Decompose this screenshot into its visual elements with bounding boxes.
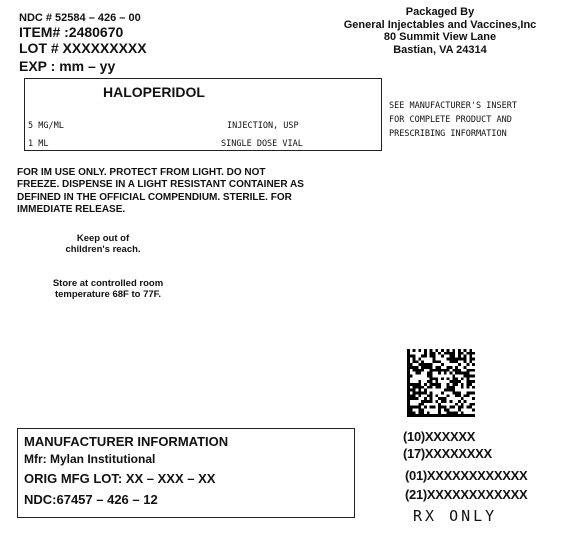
- packager-street: 80 Summit View Lane: [320, 31, 560, 44]
- keep-out-line: children's reach.: [48, 244, 158, 255]
- warning-line: IMMEDIATE RELEASE.: [17, 204, 304, 216]
- original-mfg-lot: ORIG MFG LOT: XX – XXX – XX: [24, 471, 215, 486]
- warning-line: FOR IM USE ONLY. PROTECT FROM LIGHT. DO …: [17, 167, 304, 179]
- drug-strength: 5 MG/ML: [28, 121, 64, 131]
- usage-warning: FOR IM USE ONLY. PROTECT FROM LIGHT. DO …: [17, 167, 304, 217]
- manufacturer-box: MANUFACTURER INFORMATION Mfr: Mylan Inst…: [17, 428, 355, 518]
- storage-instructions: Store at controlled room temperature 68F…: [38, 278, 178, 300]
- warning-line: FREEZE. DISPENSE IN A LIGHT RESISTANT CO…: [17, 179, 304, 191]
- rx-only-label: RX ONLY: [413, 507, 497, 525]
- gs1-gtin-field: (01)XXXXXXXXXXXX: [405, 468, 527, 483]
- gs1-lot-field: (10)XXXXXX: [403, 429, 475, 444]
- fill-volume: 1 ML: [28, 139, 48, 149]
- product-box: HALOPERIDOL 5 MG/ML INJECTION, USP 1 ML …: [24, 78, 382, 151]
- gs1-serial-field: (21)XXXXXXXXXXXX: [405, 487, 527, 502]
- packager-heading: Packaged By: [320, 6, 560, 19]
- packager-city: Bastian, VA 24314: [320, 44, 560, 57]
- insert-note-line: PRESCRIBING INFORMATION: [389, 127, 517, 141]
- packager-info: Packaged By General Injectables and Vacc…: [320, 6, 560, 56]
- storage-line: Store at controlled room: [38, 278, 178, 289]
- storage-line: temperature 68F to 77F.: [38, 289, 178, 300]
- ndc-number: NDC # 52584 – 426 – 00: [19, 12, 141, 24]
- container-type: SINGLE DOSE VIAL: [221, 139, 303, 149]
- drug-name: HALOPERIDOL: [103, 84, 205, 100]
- warning-line: DEFINED IN THE OFFICIAL COMPENDIUM. STER…: [17, 192, 304, 204]
- lot-number: LOT # XXXXXXXXX: [19, 40, 147, 56]
- expiration-date: EXP : mm – yy: [19, 58, 115, 74]
- manufacturer-name: Mfr: Mylan Institutional: [24, 452, 155, 466]
- insert-note: SEE MANUFACTURER'S INSERT FOR COMPLETE P…: [389, 99, 517, 141]
- manufacturer-title: MANUFACTURER INFORMATION: [24, 434, 228, 449]
- gs1-expiry-field: (17)XXXXXXXX: [403, 446, 492, 461]
- packager-name: General Injectables and Vaccines,Inc: [320, 19, 560, 32]
- keep-out-of-reach: Keep out of children's reach.: [48, 233, 158, 255]
- datamatrix-barcode-icon: [405, 349, 477, 417]
- manufacturer-ndc: NDC:67457 – 426 – 12: [24, 492, 158, 507]
- insert-note-line: SEE MANUFACTURER'S INSERT: [389, 99, 517, 113]
- insert-note-line: FOR COMPLETE PRODUCT AND: [389, 113, 517, 127]
- item-number: ITEM# :2480670: [19, 24, 123, 40]
- dosage-form: INJECTION, USP: [227, 121, 299, 131]
- keep-out-line: Keep out of: [48, 233, 158, 244]
